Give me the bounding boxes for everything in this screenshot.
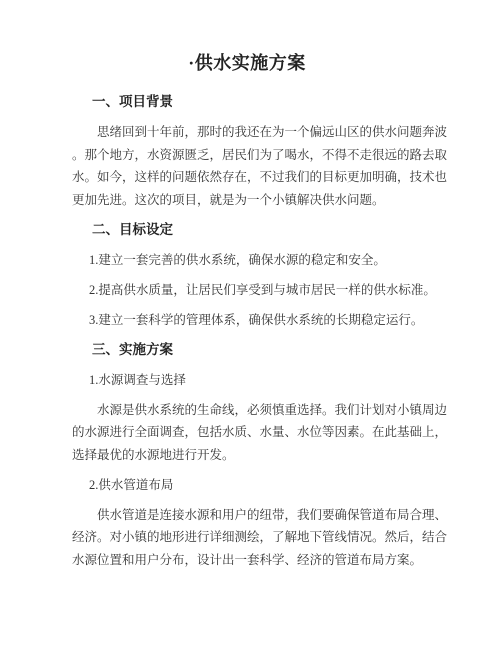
- list-item: 2.供水管道布局: [72, 474, 422, 497]
- paragraph-line: 。那个地方，水资源匮乏，居民们为了喝水，不得不走很远的路去取: [72, 144, 422, 167]
- list-item: 2.提高供水质量，让居民们享受到与城市居民一样的供水标准。: [72, 279, 422, 302]
- paragraph: 供水管道是连接水源和用户的纽带，我们要确保管道布局合理、 经济。对小镇的地形进行…: [72, 504, 422, 572]
- list-item: 1.建立一套完善的供水系统，确保水源的稳定和安全。: [72, 249, 422, 272]
- paragraph-line: 更加先进。这次的项目，就是为一个小镇解决供水问题。: [72, 189, 422, 212]
- paragraph: 思绪回到十年前，那时的我还在为一个偏远山区的供水问题奔波 。那个地方，水资源匮乏…: [72, 121, 422, 211]
- document-page: ·供水实施方案 一、项目背景 思绪回到十年前，那时的我还在为一个偏远山区的供水问…: [0, 0, 500, 647]
- document-title: ·供水实施方案: [72, 50, 422, 76]
- section-heading-implementation-plan: 三、实施方案: [72, 339, 422, 362]
- paragraph-line: 水源是供水系统的生命线，必须慎重选择。我们计划对小镇周边: [72, 399, 422, 422]
- paragraph: 水源是供水系统的生命线，必须慎重选择。我们计划对小镇周边 的水源进行全面调查，包…: [72, 399, 422, 467]
- section-heading-project-background: 一、项目背景: [72, 91, 422, 114]
- paragraph-line: 思绪回到十年前，那时的我还在为一个偏远山区的供水问题奔波: [72, 121, 422, 144]
- paragraph-line: 的水源进行全面调查，包括水质、水量、水位等因素。在此基础上，: [72, 421, 422, 444]
- paragraph-line: 经济。对小镇的地形进行详细测绘，了解地下管线情况。然后，结合: [72, 526, 422, 549]
- paragraph-line: 水源位置和用户分布，设计出一套科学、经济的管道布局方案。: [72, 549, 422, 572]
- section-heading-goal-setting: 二、目标设定: [72, 219, 422, 242]
- list-item: 1.水源调查与选择: [72, 369, 422, 392]
- list-item: 3.建立一套科学的管理体系，确保供水系统的长期稳定运行。: [72, 309, 422, 332]
- paragraph-line: 选择最优的水源地进行开发。: [72, 444, 422, 467]
- paragraph-line: 水。如今，这样的问题依然存在，不过我们的目标更加明确，技术也: [72, 166, 422, 189]
- paragraph-line: 供水管道是连接水源和用户的纽带，我们要确保管道布局合理、: [72, 504, 422, 527]
